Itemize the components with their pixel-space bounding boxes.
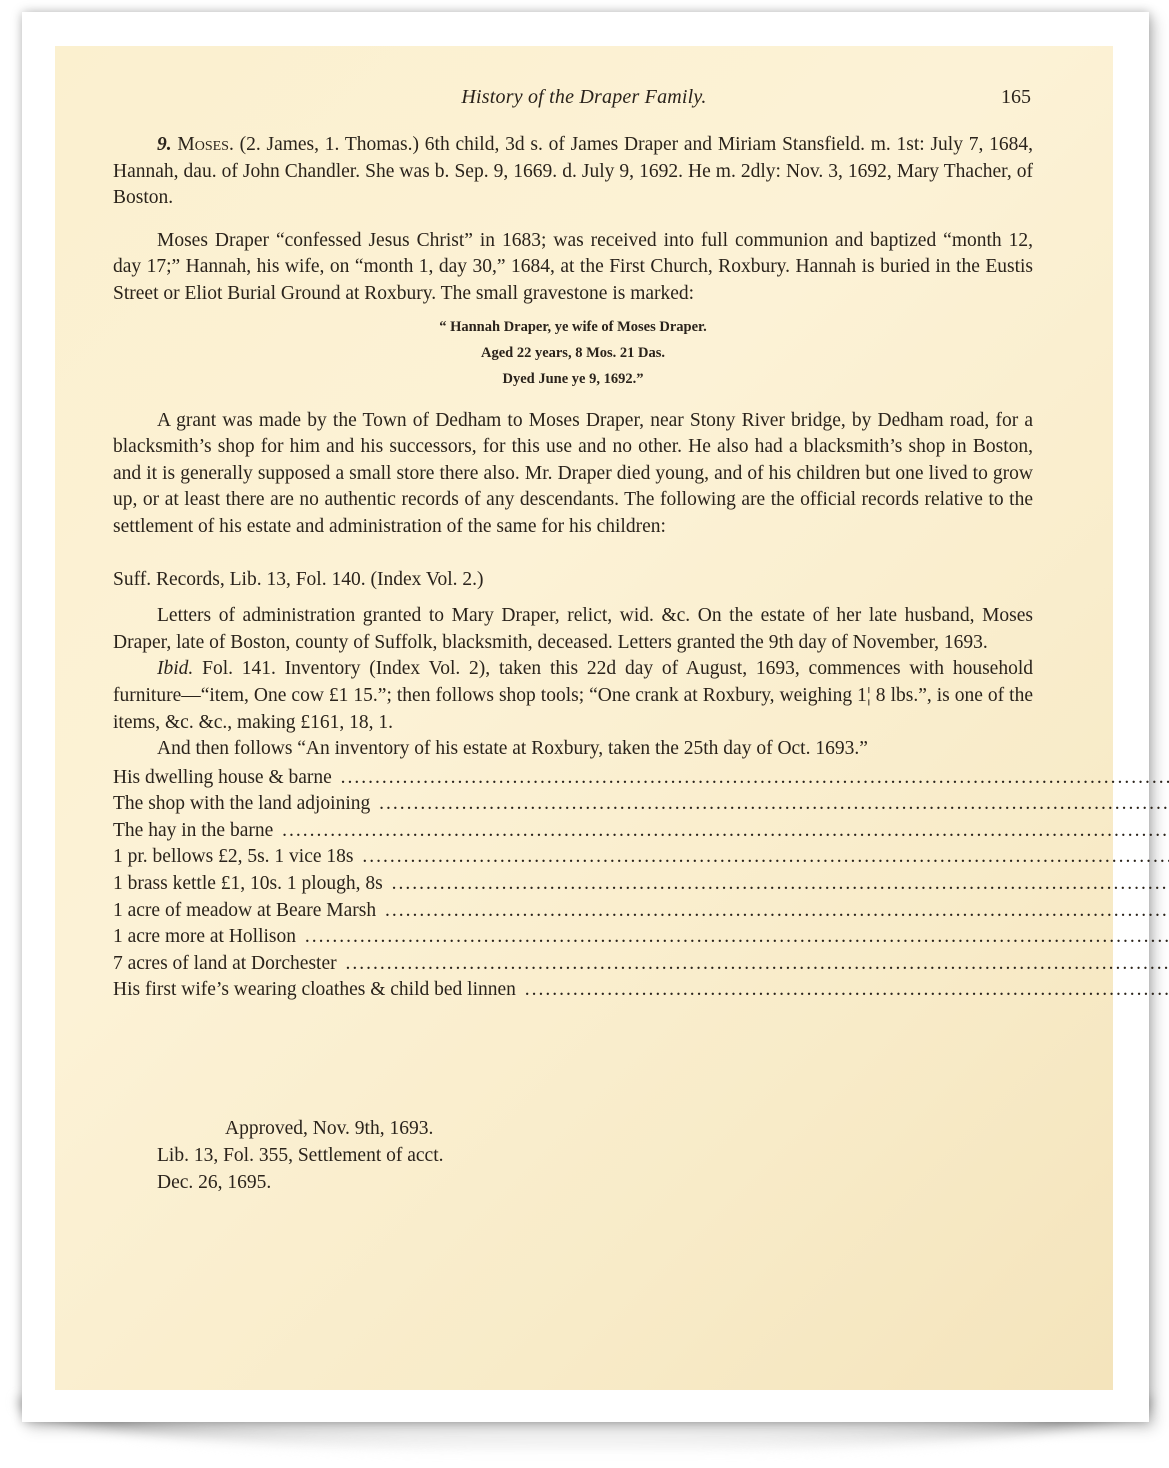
inventory-row: 1 acre of meadow at Beare Marsh ........…	[113, 898, 1169, 925]
running-head: History of the Draper Family.	[55, 86, 1113, 109]
leader-dots: ........................................…	[518, 979, 1169, 1000]
epitaph-line: Aged 22 years, 8 Mos. 21 Das.	[113, 340, 1033, 366]
entry-intro: 9. Moses. (2. James, 1. Thomas.) 6th chi…	[113, 132, 1033, 212]
leader-dots: ........................................…	[339, 953, 1169, 974]
inventory-row: The shop with the land adjoining .......…	[113, 791, 1169, 818]
paragraph-then-follows: And then follows “An inventory of his es…	[113, 736, 1033, 763]
spacer	[113, 1005, 1169, 1032]
paragraph-confession: Moses Draper “confessed Jesus Christ” in…	[113, 228, 1033, 308]
page-number: 165	[1001, 86, 1031, 109]
leader-dots: ........................................…	[378, 900, 1169, 921]
settlement-date: Dec. 26, 1695.	[157, 1170, 444, 1197]
leader-dots: ........................................…	[298, 926, 1169, 947]
inventory-item: 1 acre of meadow at Beare Marsh ........…	[113, 898, 1169, 925]
sum-rule	[113, 1086, 1169, 1113]
entry-lineage: (2. James, 1. Thomas.)	[240, 134, 419, 155]
inventory-item-label: The shop with the land adjoining	[113, 793, 372, 814]
inventory-item: His first wife’s wearing cloathes & chil…	[113, 977, 1169, 1005]
approved-line: Approved, Nov. 9th, 1693.	[225, 1116, 444, 1143]
inventory-item-label: 1 acre of meadow at Beare Marsh	[113, 900, 378, 921]
subtotal-row: 161181	[113, 1058, 1169, 1086]
inventory-row: His dwelling house & barne .............…	[113, 765, 1169, 792]
entry-number: 9.	[157, 134, 172, 155]
sum-rule	[113, 1005, 1169, 1032]
inventory-item-label: The hay in the barne	[113, 820, 275, 841]
epitaph-line: Dyed June ye 9, 1692.”	[113, 366, 1033, 392]
inventory-item-label: 1 brass kettle £1, 10s. 1 plough, 8s	[113, 873, 385, 894]
inventory-item-label: His first wife’s wearing cloathes & chil…	[113, 979, 518, 1000]
inventory-table: His dwelling house & barne .............…	[113, 765, 1169, 1139]
inventory-row: The hay in the barne ...................…	[113, 818, 1169, 845]
inventory-item-label: 1 acre more at Hollison	[113, 926, 298, 947]
leader-dots: ........................................…	[355, 846, 1169, 867]
paragraph-ibid: Ibid. Fol. 141. Inventory (Index Vol. 2)…	[113, 656, 1033, 736]
inventory-item-label: 1 pr. bellows £2, 5s. 1 vice 18s	[113, 846, 355, 867]
leader-dots: ........................................…	[275, 820, 1169, 841]
records-heading: Suff. Records, Lib. 13, Fol. 140. (Index…	[113, 567, 1033, 594]
subtotal-row: 1234	[113, 1032, 1169, 1059]
inventory-item-label: 7 acres of land at Dorchester	[113, 953, 339, 974]
inventory-item: 7 acres of land at Dorchester ..........…	[113, 951, 1169, 978]
inventory-item-label: His dwelling house & barne	[113, 767, 334, 788]
inventory-row: 7 acres of land at Dorchester ..........…	[113, 951, 1169, 978]
entry-name: Moses.	[177, 134, 233, 155]
inventory-row: 1 acre more at Hollison ................…	[113, 924, 1169, 951]
paragraph-letters: Letters of administration granted to Mar…	[113, 603, 1033, 656]
inventory-item: His dwelling house & barne .............…	[113, 765, 1169, 792]
leader-dots: ........................................…	[385, 873, 1169, 894]
leader-dots: ........................................…	[334, 767, 1169, 788]
inventory-item: 1 acre more at Hollison ................…	[113, 924, 1169, 951]
book-page: History of the Draper Family. 165 9. Mos…	[55, 46, 1113, 1390]
paragraph-grant: A grant was made by the Town of Dedham t…	[113, 408, 1033, 541]
inventory-row: His first wife’s wearing cloathes & chil…	[113, 977, 1169, 1005]
inventory-item: The hay in the barne ...................…	[113, 818, 1169, 845]
spacer	[113, 1086, 1169, 1113]
epitaph-line: “ Hannah Draper, ye wife of Moses Draper…	[113, 314, 1033, 340]
page-body: 9. Moses. (2. James, 1. Thomas.) 6th chi…	[113, 132, 1033, 1202]
inventory-item: 1 brass kettle £1, 10s. 1 plough, 8s ...…	[113, 871, 1169, 898]
ibid-text: Fol. 141. Inventory (Index Vol. 2), take…	[113, 658, 1033, 732]
settlement-line: Lib. 13, Fol. 355, Settlement of acct.	[157, 1143, 444, 1170]
closing-block: Approved, Nov. 9th, 1693. Lib. 13, Fol. …	[113, 1112, 1033, 1202]
leader-dots: ........................................…	[372, 793, 1169, 814]
epitaph: “ Hannah Draper, ye wife of Moses Draper…	[113, 314, 1033, 392]
inventory-item: 1 pr. bellows £2, 5s. 1 vice 18s .......…	[113, 844, 1169, 871]
ibid-label: Ibid.	[157, 658, 193, 679]
spacer	[113, 1058, 1169, 1086]
inventory-item: The shop with the land adjoining .......…	[113, 791, 1169, 818]
inventory-row: 1 pr. bellows £2, 5s. 1 vice 18s .......…	[113, 844, 1169, 871]
inventory-row: 1 brass kettle £1, 10s. 1 plough, 8s ...…	[113, 871, 1169, 898]
spacer	[113, 1032, 1169, 1059]
